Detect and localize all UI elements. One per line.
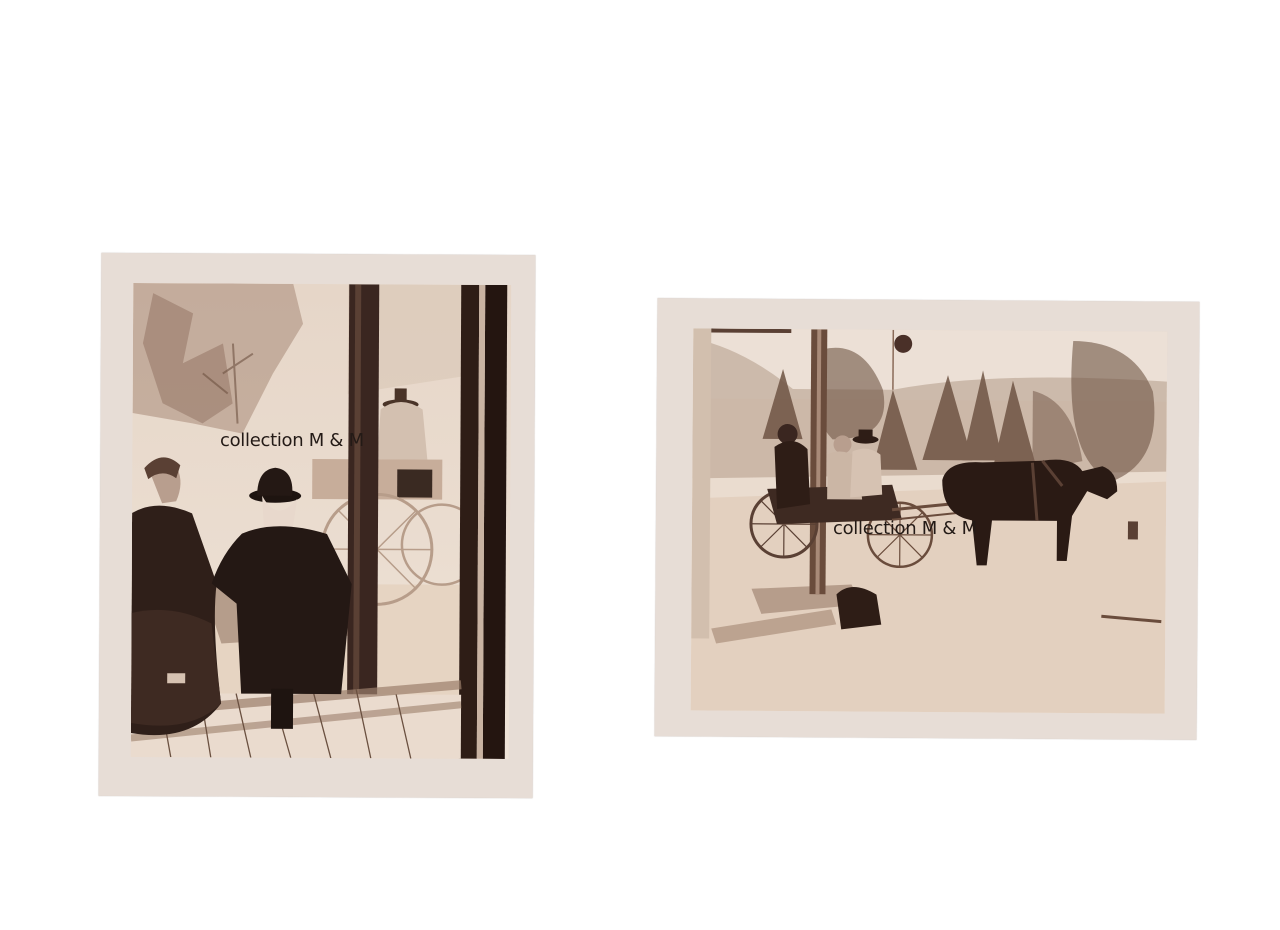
photo-card-left <box>99 253 536 798</box>
watermark-right: collection M & M <box>833 518 977 539</box>
watermark-left: collection M & M <box>220 430 364 451</box>
photo-porch-steps-image <box>131 283 511 759</box>
photo-porch-steps <box>131 283 511 759</box>
